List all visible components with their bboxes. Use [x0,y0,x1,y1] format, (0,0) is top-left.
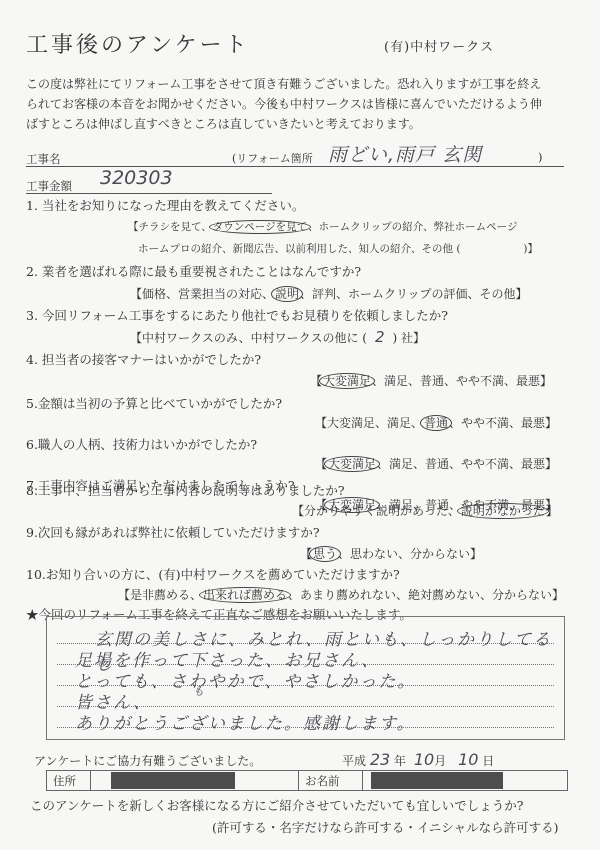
date-month-label: 月 [434,754,446,768]
question-4: 4. 担当者の接客マナーはいかがでしたか? [26,350,261,368]
question-10-options: 【是非薦める、出来れば薦める、あまり薦めれない、絶対薦めない、分からない】 [118,586,564,603]
question-3-options: 【中村ワークスのみ、中村ワークスの他に (2) 社】 [130,328,425,346]
address-label: 住所 [47,771,91,790]
question-1-options: 【チラシを見て、タウンページを見て、ホームクリップの紹介、弊社ホームページ [128,219,517,234]
question-5: 5.金額は当初の予算と比べていかがでしたか? [26,394,282,412]
question-9: 9.次回も縁があれば弊社に依頼していただけますか? [26,523,320,541]
option-selected[interactable]: 出来れば薦める [199,587,291,603]
intro-line: ばすところは伸ばし直すべきところは直していきたいと考えております。 [26,114,542,134]
question-9-options: 【思う、思わない、分からない】 [300,545,482,562]
redacted-name [371,772,503,789]
comment-box[interactable]: 玄関の美しさに、みとれ、雨といも、しっかりしてるし 足場を作って下さった、お兄さ… [46,616,565,740]
date-day-label: 日 [482,754,494,768]
customer-info-table: 住所 お名前 [46,770,568,791]
question-8-options: 【分かりやすく説明があった、説明がなかった】 [292,502,558,519]
name-field[interactable] [363,771,567,790]
question-8: 8.工事中、担当者から工事内容の説明等はありましたか? [26,481,345,499]
question-5-options: 【大変満足、満足、普通、やや不満、最悪】 [315,414,557,431]
date-year-label: 年 [394,754,406,768]
construction-name-label: 工事名 [26,151,61,167]
intro-line: この度は弊社にてリフォーム工事をさせて頂き有難うございました。恐れ入りますが工事… [26,74,542,94]
question-4-options: 【大変満足、満足、普通、やや不満、最悪】 [310,372,552,389]
reform-location-label: (リフォーム箇所 [232,150,313,166]
question-6: 6.職人の人柄、技術力はいかがでしたか? [26,435,257,453]
referral-options[interactable]: (許可する・名字だけなら許可する・イニシャルなら許可する) [212,818,559,836]
option[interactable]: 【大変満足、満足、 [315,416,423,430]
option-selected[interactable]: 大変満足 [324,456,380,472]
option[interactable]: 、あまり薦めれない、絶対薦めない、分からない】 [288,588,564,602]
option[interactable]: 、ホームクリップの紹介、弊社ホームページ [308,221,517,233]
date-year[interactable]: 23 [370,750,390,769]
option[interactable]: 【価格、営業担当の対応、 [130,287,274,301]
handwritten-comment-line: ありがとうございました。感謝します。 [75,709,416,734]
intro-line: られてお客様の本音をお聞かせください。今後も中村ワークスは皆様に喜んでいただける… [26,94,542,114]
amount-label: 工事金額 [26,178,72,194]
option[interactable]: 、満足、普通、やや不満、最悪】 [372,374,552,388]
option[interactable]: 、思わない、分からない】 [338,547,482,561]
option[interactable]: 、満足、普通、やや不満、最悪】 [377,457,557,471]
date-month[interactable]: 10 [410,750,434,769]
handwritten-insert-mark: も [193,683,206,699]
date: 平成 23 年 10月 10 日 [342,750,494,769]
option-selected[interactable]: タウンページを見て [209,220,311,234]
option-selected[interactable]: 思う [309,546,341,562]
amount-value[interactable]: 320303 [100,167,173,189]
option-selected[interactable]: 説明 [271,286,303,302]
question-10: 10.お知り合いの方に、(有)中村ワークスを薦めていただけますか? [26,565,400,583]
reform-location-close: ) [538,150,543,164]
question-3: 3. 今回リフォーム工事をするにあたり他社でもお見積りを依頼しましたか? [26,306,448,324]
option[interactable]: 、やや不満、最悪】 [449,416,557,430]
option-selected[interactable]: 説明がなかった [457,503,549,519]
option-selected[interactable]: 普通 [420,415,452,431]
page-title: 工事後のアンケート [26,28,250,59]
question-6-options: 【大変満足、満足、普通、やや不満、最悪】 [315,455,557,472]
company-name: (有)中村ワークス [384,36,494,55]
referral-question: このアンケートを新しくお客様になる方にご紹介させていただいても宜しいでしょうか? [30,796,523,814]
option[interactable]: 【分かりやすく説明があった、 [292,504,460,518]
option[interactable]: 】 [546,504,558,518]
reform-location-value[interactable]: 雨どい,雨戸 玄関 [328,140,482,167]
option[interactable]: ) 社】 [393,331,426,345]
thanks-text: アンケートにご協力有難うございました。 [34,752,261,769]
redacted-address [111,772,235,789]
option[interactable]: 【是非薦める、 [118,588,202,602]
address-field[interactable] [91,771,299,790]
date-day[interactable]: 10 [450,750,478,769]
option[interactable]: 【中村ワークスのみ、中村ワークスの他に ( [130,331,367,345]
question-1-options-line2[interactable]: ホームプロの紹介、新聞広告、以前利用した、知人の紹介、その他 ( )】 [138,241,538,256]
option-selected[interactable]: 大変満足 [319,373,375,389]
intro-paragraph: この度は弊社にてリフォーム工事をさせて頂き有難うございました。恐れ入りますが工事… [26,74,542,134]
option[interactable]: 、評判、ホームクリップの評価、その他】 [300,287,528,301]
other-company-count[interactable]: 2 [367,328,393,346]
name-label: お名前 [299,771,363,790]
option[interactable]: 【チラシを見て、 [128,221,212,233]
question-2-options: 【価格、営業担当の対応、説明、評判、ホームクリップの評価、その他】 [130,285,528,302]
question-1: 1. 当社をお知りになった理由を教えてください。 [26,196,304,214]
date-era: 平成 [342,754,366,768]
question-2: 2. 業者を選ばれる際に最も重要視されたことはなんですか? [26,262,361,280]
